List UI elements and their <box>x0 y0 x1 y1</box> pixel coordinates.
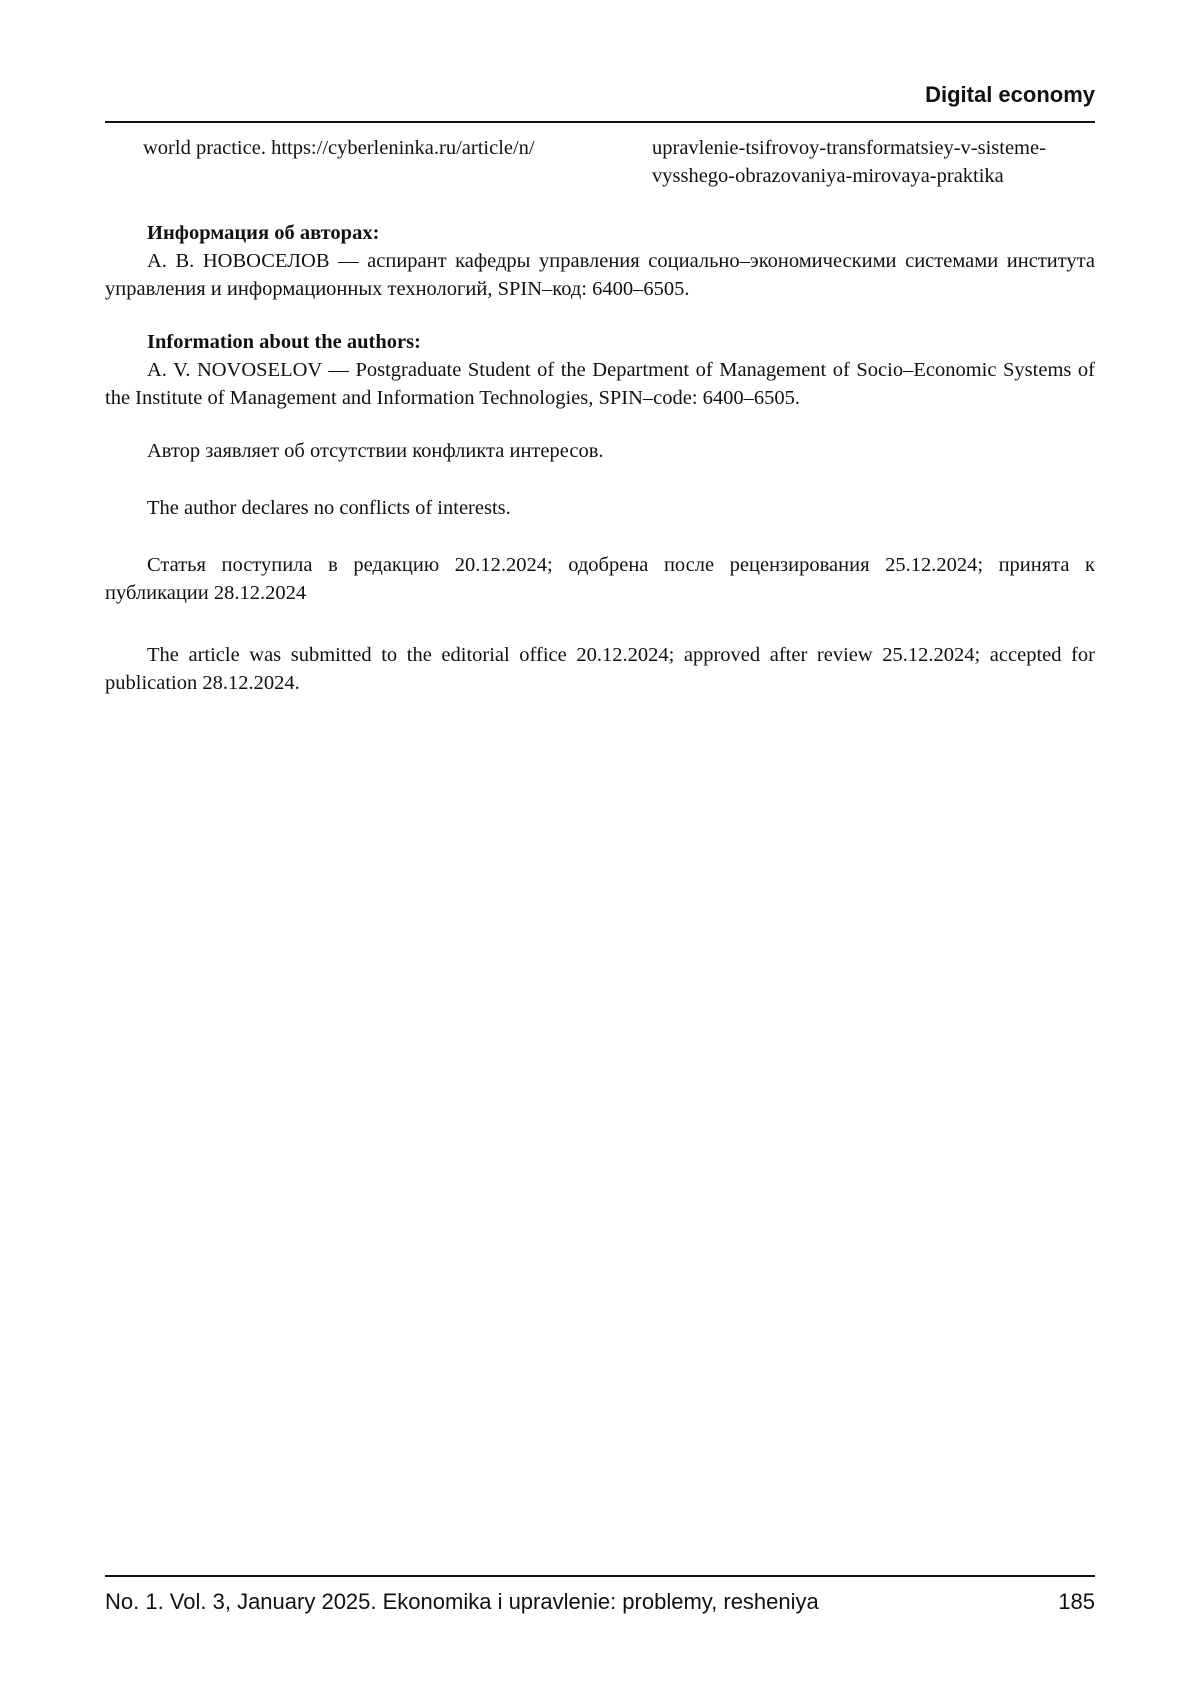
reference-url-line[interactable]: upravlenie-tsifrovoy-transformatsiey-v-s… <box>652 134 1097 162</box>
author-info-ru-text: А. В. НОВОСЕЛОВ — аспирант кафедры управ… <box>105 247 1095 303</box>
page-number: 185 <box>1058 1589 1095 1615</box>
conflict-statement-en: The author declares no conflicts of inte… <box>105 494 1095 522</box>
section-title: Digital economy <box>925 82 1095 108</box>
author-info-ru-heading: Информация об авторах: <box>105 219 1095 247</box>
conflict-ru-text: Автор заявляет об отсутствии конфликта и… <box>105 437 1095 465</box>
article-dates-en: The article was submitted to the editori… <box>105 641 1095 697</box>
author-info-ru: Информация об авторах: А. В. НОВОСЕЛОВ —… <box>105 219 1095 303</box>
reference-url-line[interactable]: vysshego-obrazovaniya-mirovaya-praktika <box>652 162 1097 190</box>
dates-en-text: The article was submitted to the editori… <box>105 641 1095 697</box>
conflict-statement-ru: Автор заявляет об отсутствии конфликта и… <box>105 437 1095 465</box>
author-info-en-text: A. V. NOVOSELOV — Postgraduate Student o… <box>105 356 1095 412</box>
conflict-en-text: The author declares no conflicts of inte… <box>105 494 1095 522</box>
journal-citation: No. 1. Vol. 3, January 2025. Ekonomika i… <box>105 1589 819 1615</box>
reference-text-left: world practice. https://cyberleninka.ru/… <box>143 134 535 162</box>
reference-url-continuation[interactable]: upravlenie-tsifrovoy-transformatsiey-v-s… <box>652 134 1097 190</box>
article-dates-ru: Статья поступила в редакцию 20.12.2024; … <box>105 551 1095 607</box>
journal-page: Digital economy world practice. https://… <box>0 0 1200 1698</box>
dates-ru-text: Статья поступила в редакцию 20.12.2024; … <box>105 551 1095 607</box>
author-info-en-heading: Information about the authors: <box>105 328 1095 356</box>
footer-rule <box>105 1575 1095 1577</box>
author-info-en: Information about the authors: A. V. NOV… <box>105 328 1095 412</box>
header-rule <box>105 121 1095 123</box>
